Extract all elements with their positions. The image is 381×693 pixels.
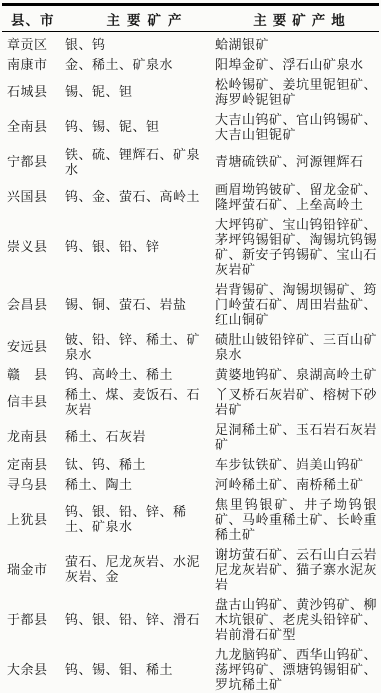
county-cell: 信丰县 [2,394,65,409]
minerals-cell: 钨、银、铅、锌 [65,239,215,254]
county-cell: 南康市 [2,57,65,72]
table-row: 兴国县钨、金、萤石、高岭土画眉坳钨铍矿、留龙金矿、隆坪萤石矿、上垒高岭土 [2,179,379,214]
locations-cell: 谢坊萤石矿、云石山白云岩尼龙灰岩矿、猫子寨水泥灰岩 [215,547,379,592]
county-cell: 崇义县 [2,239,65,254]
locations-cell: 车步钛铁矿、岿美山钨矿 [215,457,379,472]
locations-cell: 大坪钨矿、宝山钨铅锌矿、茅坪钨锡钼矿、淘锡坑钨锡矿、新安子钨锡矿、宝山石灰岩矿 [215,217,379,277]
header-minerals: 主要矿产 [69,9,219,29]
table-row: 瑞金市萤石、尼龙灰岩、水泥灰岩、金谢坊萤石矿、云石山白云岩尼龙灰岩矿、猫子寨水泥… [2,544,379,594]
minerals-cell: 钨、金、萤石、高岭土 [65,189,215,204]
county-cell: 兴国县 [2,189,65,204]
table-row: 于都县钨、银、铅、锌、滑石盘古山钨矿、黄沙钨矿、柳木坑银矿、老虎头铅锌矿、岩前滑… [2,594,379,644]
locations-cell: 黄婆地钨矿、泉湖高岭土矿 [215,367,379,382]
county-cell: 大余县 [2,662,65,677]
county-cell: 于都县 [2,612,65,627]
locations-cell: 盘古山钨矿、黄沙钨矿、柳木坑银矿、老虎头铅锌矿、岩前滑石矿型 [215,597,379,642]
county-cell: 石城县 [2,84,65,99]
county-cell: 上犹县 [2,512,65,527]
minerals-cell: 钨、锡、钼、稀土 [65,662,215,677]
county-cell: 龙南县 [2,429,65,444]
locations-cell: 河岭稀土矿、南桥稀土矿 [215,477,379,492]
table-row: 会昌县锡、铜、萤石、岩盐岩背锡矿、淘锡坝锡矿、筠门岭萤石矿、周田岩盐矿、红山铜矿 [2,279,379,329]
table-row: 龙南县稀土、石灰岩足洞稀土矿、玉石岩石灰岩矿 [2,419,379,454]
table-row: 宁都县铁、硫、锂辉石、矿泉水青塘硫铁矿、河源锂辉石 [2,144,379,179]
minerals-cell: 萤石、尼龙灰岩、水泥灰岩、金 [65,554,215,584]
locations-cell: 焦里钨银矿、井子坳钨银矿、马岭重稀土矿、长岭重稀土矿 [215,497,379,542]
minerals-cell: 钨、高岭土、稀土 [65,367,215,382]
table-row: 南康市金、稀土、矿泉水阳埠金矿、浮石山矿泉水 [2,54,379,74]
minerals-cell: 银、钨 [65,37,215,52]
table-row: 定南县钛、钨、稀土车步钛铁矿、岿美山钨矿 [2,454,379,474]
locations-cell: 岩背锡矿、淘锡坝锡矿、筠门岭萤石矿、周田岩盐矿、红山铜矿 [215,282,379,327]
table-row: 上犹县钨、银、铅、锌、稀土、矿泉水焦里钨银矿、井子坳钨银矿、马岭重稀土矿、长岭重… [2,494,379,544]
table-row: 寻乌县稀土、陶土河岭稀土矿、南桥稀土矿 [2,474,379,494]
county-cell: 赣 县 [2,367,65,382]
minerals-cell: 钨、锡、铌、钽 [65,119,215,134]
locations-cell: 碛肚山铍铅锌矿、三百山矿泉水 [215,332,379,362]
locations-cell: 青塘硫铁矿、河源锂辉石 [215,154,379,169]
minerals-cell: 钛、钨、稀土 [65,457,215,472]
table-row: 崇义县钨、银、铅、锌大坪钨矿、宝山钨铅锌矿、茅坪钨锡钼矿、淘锡坑钨锡矿、新安子钨… [2,214,379,279]
locations-cell: 阳埠金矿、浮石山矿泉水 [215,57,379,72]
minerals-cell: 稀土、陶土 [65,477,215,492]
locations-cell: 画眉坳钨铍矿、留龙金矿、隆坪萤石矿、上垒高岭土 [215,182,379,212]
minerals-cell: 金、稀土、矿泉水 [65,57,215,72]
minerals-cell: 稀土、煤、麦饭石、石灰岩 [65,387,215,417]
county-cell: 章贡区 [2,37,65,52]
county-cell: 会昌县 [2,297,65,312]
table-row: 全南县钨、锡、铌、钽大吉山钨矿、官山钨锡矿、大吉山钽铌矿 [2,109,379,144]
table-row: 石城县锡、铌、钽松岭锡矿、姜坑里铌钽矿、海罗岭铌钽矿 [2,74,379,109]
header-locations: 主要矿产地 [219,9,379,29]
locations-cell: 九龙脑钨矿、西华山钨矿、荡坪钨矿、漂塘钨锡钼矿、罗坑稀土矿 [215,647,379,692]
locations-cell: 松岭锡矿、姜坑里铌钽矿、海罗岭铌钽矿 [215,77,379,107]
minerals-cell: 铍、铅、锌、稀土、矿泉水 [65,332,215,362]
minerals-cell: 钨、银、铅、锌、滑石 [65,612,215,627]
county-cell: 定南县 [2,457,65,472]
locations-cell: 蛤湖银矿 [215,37,379,52]
minerals-cell: 钨、银、铅、锌、稀土、矿泉水 [65,504,215,534]
minerals-cell: 铁、硫、锂辉石、矿泉水 [65,147,215,177]
county-cell: 宁都县 [2,154,65,169]
county-cell: 全南县 [2,119,65,134]
minerals-cell: 稀土、石灰岩 [65,429,215,444]
table-row: 章贡区银、钨蛤湖银矿 [2,34,379,54]
minerals-cell: 锡、铜、萤石、岩盐 [65,297,215,312]
county-cell: 寻乌县 [2,477,65,492]
locations-cell: 足洞稀土矿、玉石岩石灰岩矿 [215,422,379,452]
table-header-row: 县、市 主要矿产 主要矿产地 [2,6,379,32]
table-row: 安远县铍、铅、锌、稀土、矿泉水碛肚山铍铅锌矿、三百山矿泉水 [2,329,379,364]
header-county: 县、市 [2,9,69,29]
table-row: 赣 县钨、高岭土、稀土黄婆地钨矿、泉湖高岭土矿 [2,364,379,384]
table-row: 信丰县稀土、煤、麦饭石、石灰岩丫叉桥石灰岩矿、榕树下砂岩矿 [2,384,379,419]
minerals-cell: 锡、铌、钽 [65,84,215,99]
table-row: 大余县钨、锡、钼、稀土九龙脑钨矿、西华山钨矿、荡坪钨矿、漂塘钨锡钼矿、罗坑稀土矿 [2,644,379,693]
table-body: 章贡区银、钨蛤湖银矿南康市金、稀土、矿泉水阳埠金矿、浮石山矿泉水石城县锡、铌、钽… [2,32,379,693]
locations-cell: 丫叉桥石灰岩矿、榕树下砂岩矿 [215,387,379,417]
minerals-table: 县、市 主要矿产 主要矿产地 章贡区银、钨蛤湖银矿南康市金、稀土、矿泉水阳埠金矿… [2,3,379,693]
county-cell: 瑞金市 [2,562,65,577]
county-cell: 安远县 [2,339,65,354]
locations-cell: 大吉山钨矿、官山钨锡矿、大吉山钽铌矿 [215,112,379,142]
